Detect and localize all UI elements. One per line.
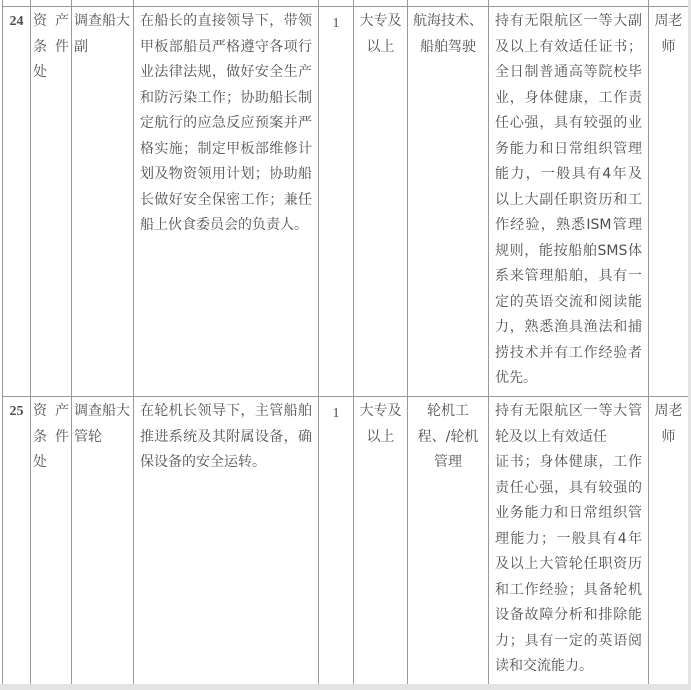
position-cell: 调查船大管轮 xyxy=(72,397,134,690)
department-cell: 资产条件处 xyxy=(31,7,72,397)
headcount-cell: 1 xyxy=(319,7,354,397)
recruitment-table-page: 24 资产条件处 调查船大副 在船长的直接领导下，带领甲板部船员严格遵守各项行业… xyxy=(0,0,691,690)
row-number-cell: 24 xyxy=(3,7,31,397)
recruitment-table: 24 资产条件处 调查船大副 在船长的直接领导下，带领甲板部船员严格遵守各项行业… xyxy=(2,0,689,690)
education-cell: 大专及以上 xyxy=(354,7,408,397)
table-row-24: 24 资产条件处 调查船大副 在船长的直接领导下，带领甲板部船员严格遵守各项行业… xyxy=(3,7,689,397)
education-cell: 大专及以上 xyxy=(354,397,408,690)
row-number-cell: 25 xyxy=(3,397,31,690)
requirements-cell: 持有无限航区一等大管轮及以上有效适任 证书；身体健康，工作责任心强，具有较强的业… xyxy=(489,397,649,690)
headcount-cell: 1 xyxy=(319,397,354,690)
contact-cell: 周老师 xyxy=(649,7,689,397)
major-cell: 航海技术、船舶驾驶 xyxy=(408,7,489,397)
table-row-25: 25 资产条件处 调查船大管轮 在轮机长领导下，主管船舶推进系统及其附属设备，确… xyxy=(3,397,689,690)
duties-cell: 在船长的直接领导下，带领甲板部船员严格遵守各项行业法律法规，做好安全生产和防污染… xyxy=(134,7,319,397)
page-margin-bottom xyxy=(0,684,691,690)
requirements-cell: 持有无限航区一等大副及以上有效适任证书；全日制普通高等院校毕业，身体健康，工作责… xyxy=(489,7,649,397)
duties-cell: 在轮机长领导下，主管船舶推进系统及其附属设备，确保设备的安全运转。 xyxy=(134,397,319,690)
department-cell: 资产条件处 xyxy=(31,397,72,690)
position-cell: 调查船大副 xyxy=(72,7,134,397)
contact-cell: 周老师 xyxy=(649,397,689,690)
major-cell: 轮机工程、/轮机管理 xyxy=(408,397,489,690)
